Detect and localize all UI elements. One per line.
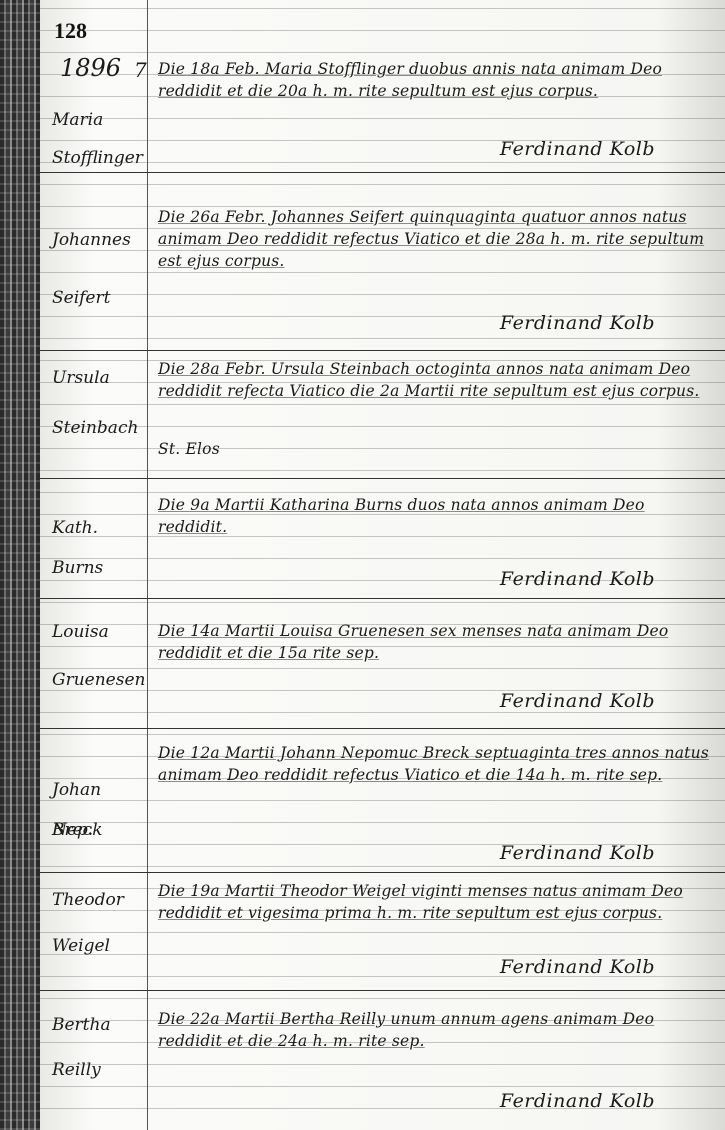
priest-signature: Ferdinand Kolb xyxy=(500,312,655,334)
entry-divider xyxy=(40,598,725,599)
entry-year: 1896 xyxy=(60,54,121,82)
margin-name-given: Maria xyxy=(52,100,144,140)
book-binding-edge xyxy=(0,0,40,1130)
entry-divider xyxy=(40,990,725,991)
margin-name-surname: Reilly xyxy=(52,1050,144,1090)
priest-signature: Ferdinand Kolb xyxy=(500,842,655,864)
entry-text: Die 19a Martii Theodor Weigel viginti me… xyxy=(158,880,713,924)
entry-text: Die 18a Feb. Maria Stofflinger duobus an… xyxy=(158,58,713,102)
entry-text: Die 9a Martii Katharina Burns duos nata … xyxy=(158,494,713,538)
priest-signature: Ferdinand Kolb xyxy=(500,138,655,160)
priest-signature: Ferdinand Kolb xyxy=(500,956,655,978)
entry-text: Die 28a Febr. Ursula Steinbach octoginta… xyxy=(158,358,713,402)
entry-divider xyxy=(40,350,725,351)
priest-signature: Ferdinand Kolb xyxy=(500,1090,655,1112)
entry-text: Die 14a Martii Louisa Gruenesen sex mens… xyxy=(158,620,713,664)
entry-text: Die 12a Martii Johann Nepomuc Breck sept… xyxy=(158,742,713,786)
margin-name-surname: Steinbach xyxy=(52,408,144,448)
entry-text: Die 26a Febr. Johannes Seifert quinquagi… xyxy=(158,206,713,272)
entry-text: Die 22a Martii Bertha Reilly unum annum … xyxy=(158,1008,713,1052)
margin-name-surname: Weigel xyxy=(52,926,144,966)
entry-note: St. Elos xyxy=(158,438,713,460)
margin-name-given: Louisa xyxy=(52,612,144,652)
margin-name-given: Theodor xyxy=(52,880,144,920)
margin-name-surname: Gruenesen xyxy=(52,660,144,700)
margin-column-rule xyxy=(147,0,148,1130)
page-number: 128 xyxy=(54,18,87,44)
margin-name-surname: Seifert xyxy=(52,278,144,318)
margin-name-given: Johannes xyxy=(52,220,144,260)
priest-signature: Ferdinand Kolb xyxy=(500,690,655,712)
margin-name-given: Bertha xyxy=(52,1005,144,1045)
entry-number: 7 xyxy=(134,58,147,82)
entry-divider xyxy=(40,172,725,173)
margin-name-given: Ursula xyxy=(52,358,144,398)
entry-divider xyxy=(40,872,725,873)
register-page: 128 1896 7 Maria Stofflinger Die 18a Feb… xyxy=(40,0,725,1130)
entry-divider xyxy=(40,728,725,729)
margin-name-surname: Breck xyxy=(52,810,144,850)
priest-signature: Ferdinand Kolb xyxy=(500,568,655,590)
margin-name: Kath. Burns xyxy=(52,508,144,588)
entry-divider xyxy=(40,478,725,479)
